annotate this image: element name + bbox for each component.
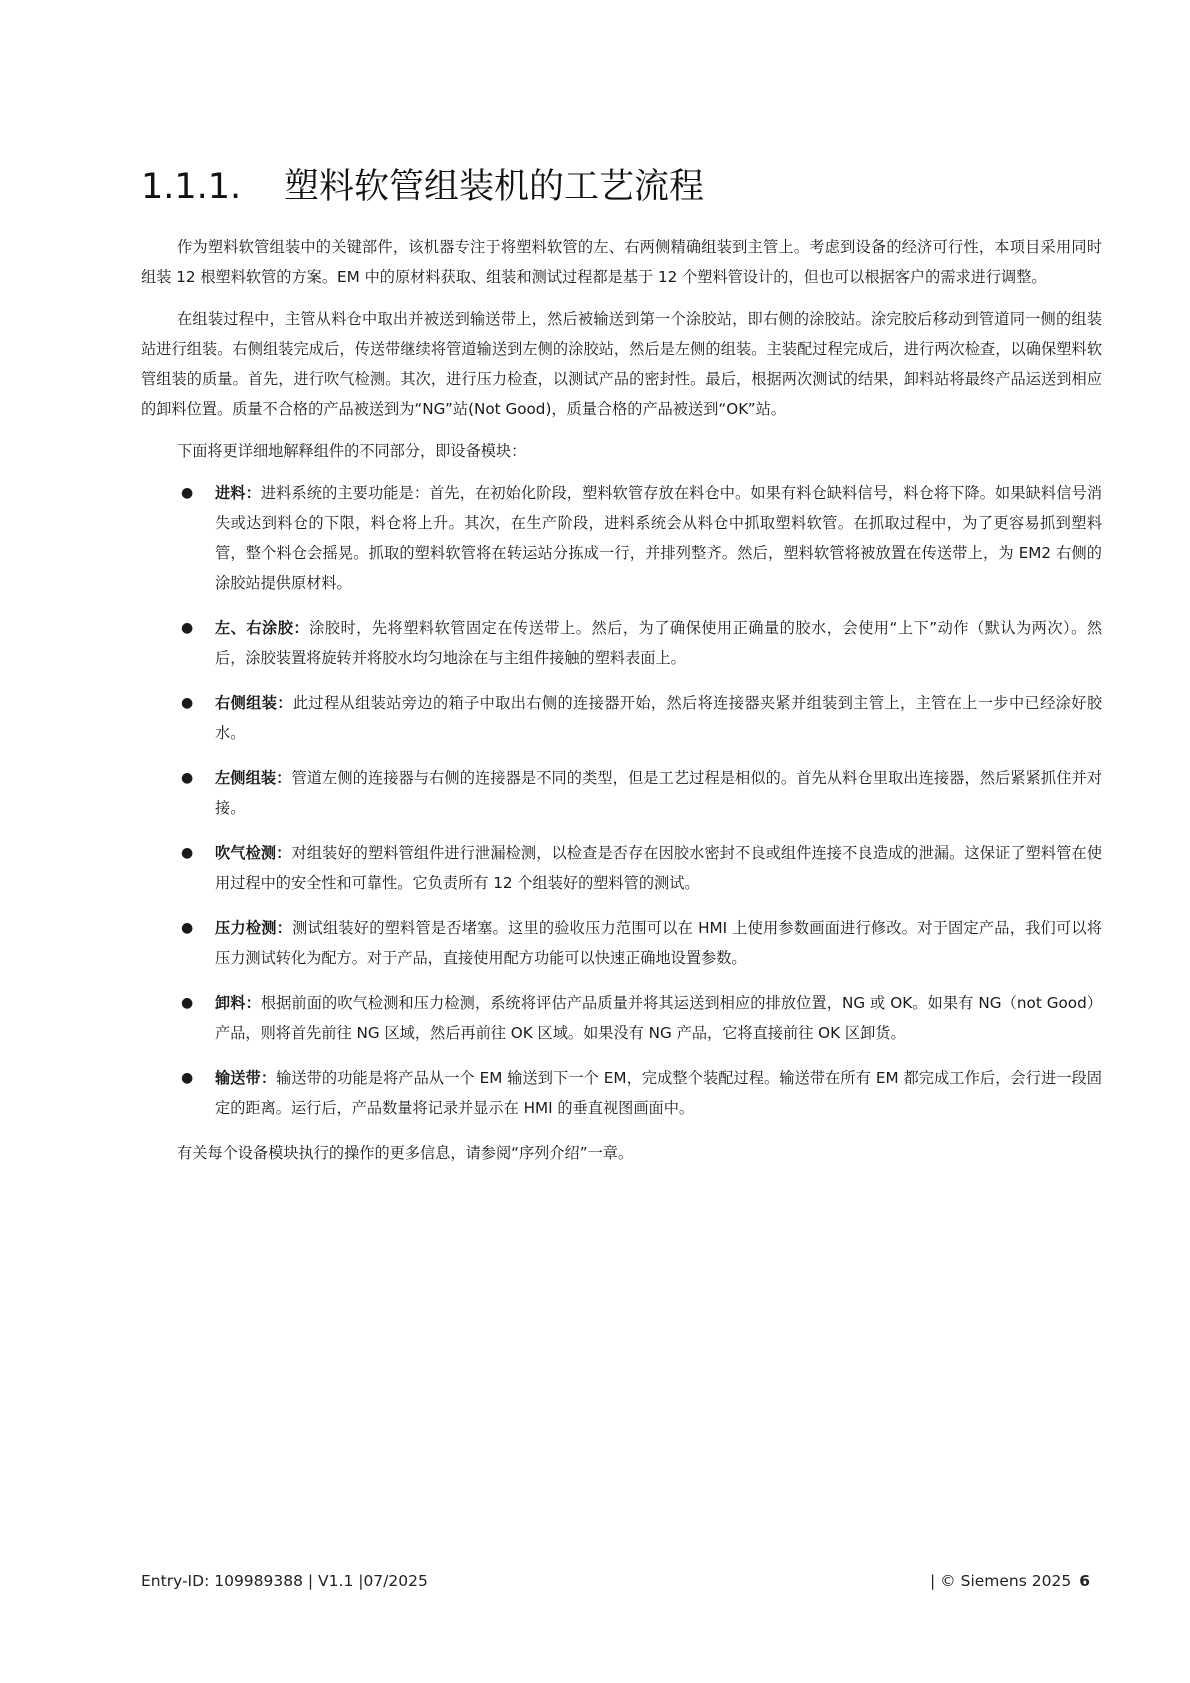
- list-term: 左侧组装：: [215, 769, 291, 787]
- copyright-text: | © Siemens 2025: [930, 1572, 1071, 1590]
- closing-paragraph: 有关每个设备模块执行的操作的更多信息，请参阅“序列介绍”一章。: [141, 1138, 1102, 1168]
- list-text: 测试组装好的塑料管是否堵塞。这里的验收压力范围可以在 HMI 上使用参数画面进行…: [215, 919, 1102, 967]
- list-item-gluing: ●左、右涂胶：涂胶时，先将塑料软管固定在传送带上。然后，为了确保使用正确量的胶水…: [141, 613, 1102, 673]
- page-number: 6: [1079, 1572, 1090, 1590]
- document-body: 作为塑料软管组装中的关键部件，该机器专注于将塑料软管的左、右两侧精确组装到主管上…: [141, 232, 1102, 1180]
- document-page: 1.1.1.塑料软管组装机的工艺流程 作为塑料软管组装中的关键部件，该机器专注于…: [0, 0, 1190, 1683]
- list-text: 根据前面的吹气检测和压力检测，系统将评估产品质量并将其运送到相应的排放位置，NG…: [215, 994, 1102, 1042]
- list-term: 右侧组装：: [215, 694, 293, 712]
- footer-entry-id: Entry-ID: 109989388 | V1.1 |07/2025: [141, 1572, 428, 1590]
- bullet-icon: ●: [181, 913, 193, 943]
- section-heading: 1.1.1.塑料软管组装机的工艺流程: [141, 164, 704, 210]
- list-item-conveyor: ●输送带：输送带的功能是将产品从一个 EM 输送到下一个 EM，完成整个装配过程…: [141, 1063, 1102, 1123]
- list-text: 输送带的功能是将产品从一个 EM 输送到下一个 EM，完成整个装配过程。输送带在…: [215, 1069, 1102, 1117]
- section-number: 1.1.1.: [141, 164, 284, 210]
- list-term: 压力检测：: [215, 919, 292, 937]
- list-item-pressure-test: ●压力检测：测试组装好的塑料管是否堵塞。这里的验收压力范围可以在 HMI 上使用…: [141, 913, 1102, 973]
- list-item-right-assembly: ●右侧组装：此过程从组装站旁边的箱子中取出右侧的连接器开始，然后将连接器夹紧并组…: [141, 688, 1102, 748]
- list-term: 左、右涂胶：: [215, 619, 309, 637]
- list-term: 输送带：: [215, 1069, 276, 1087]
- intro-paragraph: 作为塑料软管组装中的关键部件，该机器专注于将塑料软管的左、右两侧精确组装到主管上…: [141, 232, 1102, 292]
- list-text: 对组装好的塑料管组件进行泄漏检测，以检查是否存在因胶水密封不良或组件连接不良造成…: [215, 844, 1102, 892]
- process-paragraph: 在组装过程中，主管从料仓中取出并被送到输送带上，然后被输送到第一个涂胶站，即右侧…: [141, 304, 1102, 424]
- list-item-unloading: ●卸料：根据前面的吹气检测和压力检测，系统将评估产品质量并将其运送到相应的排放位…: [141, 988, 1102, 1048]
- bullet-icon: ●: [181, 838, 193, 868]
- bullet-icon: ●: [181, 688, 193, 718]
- bullet-icon: ●: [181, 988, 193, 1018]
- bullet-icon: ●: [181, 613, 193, 643]
- list-term: 卸料：: [215, 994, 261, 1012]
- modules-intro: 下面将更详细地解释组件的不同部分，即设备模块：: [141, 436, 1102, 466]
- bullet-icon: ●: [181, 1063, 193, 1093]
- list-text: 管道左侧的连接器与右侧的连接器是不同的类型，但是工艺过程是相似的。首先从料仓里取…: [215, 769, 1102, 817]
- bullet-icon: ●: [181, 478, 193, 508]
- module-list: ●进料：进料系统的主要功能是：首先，在初始化阶段，塑料软管存放在料仓中。如果有料…: [141, 478, 1102, 1123]
- list-text: 进料系统的主要功能是：首先，在初始化阶段，塑料软管存放在料仓中。如果有料仓缺料信…: [215, 484, 1102, 592]
- list-item-feeding: ●进料：进料系统的主要功能是：首先，在初始化阶段，塑料软管存放在料仓中。如果有料…: [141, 478, 1102, 598]
- list-item-blow-test: ●吹气检测：对组装好的塑料管组件进行泄漏检测，以检查是否存在因胶水密封不良或组件…: [141, 838, 1102, 898]
- section-title: 塑料软管组装机的工艺流程: [284, 167, 704, 207]
- bullet-icon: ●: [181, 763, 193, 793]
- list-item-left-assembly: ●左侧组装：管道左侧的连接器与右侧的连接器是不同的类型，但是工艺过程是相似的。首…: [141, 763, 1102, 823]
- list-text: 此过程从组装站旁边的箱子中取出右侧的连接器开始，然后将连接器夹紧并组装到主管上，…: [215, 694, 1102, 742]
- list-text: 涂胶时，先将塑料软管固定在传送带上。然后，为了确保使用正确量的胶水，会使用“上下…: [215, 619, 1102, 667]
- footer-copyright: | © Siemens 20256: [930, 1572, 1090, 1590]
- list-term: 吹气检测：: [215, 844, 291, 862]
- list-term: 进料：: [215, 484, 261, 502]
